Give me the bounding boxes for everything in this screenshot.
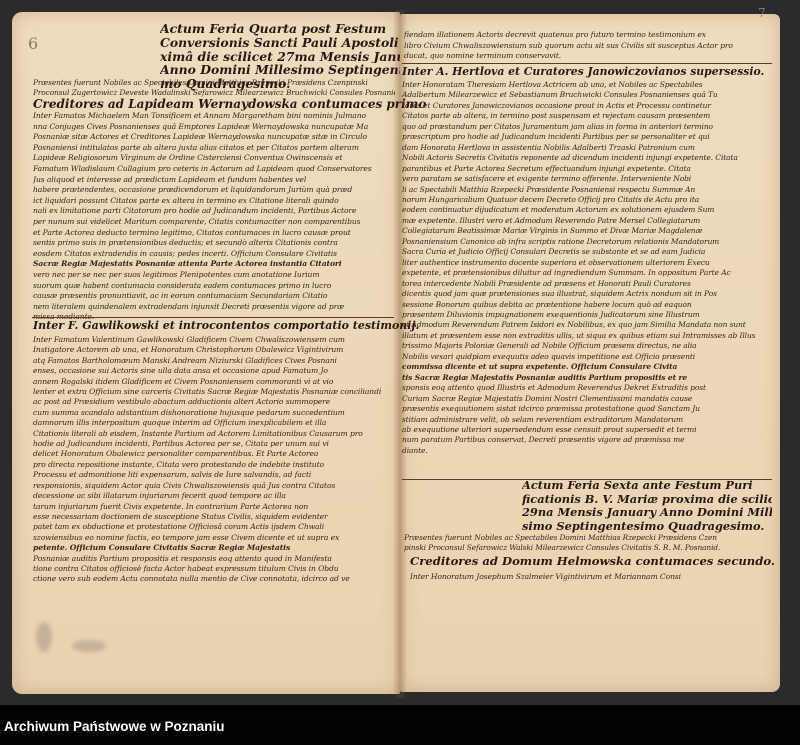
text-line: esse necessariam doctionem de susception… [33,512,395,522]
text-line: tores et Curatores Janowiczovianos occas… [402,101,774,111]
heading-line: ximâ die scilicet 27ma Mensis January [160,50,400,64]
section-divider [32,317,394,318]
text-line: Inter Honoratam Theresiam Hertlova Actri… [402,80,774,90]
text-line: et Parte Actorea deducto termino legitim… [33,228,395,239]
left-case-body-1: Inter Famatos Michaelem Man Tonsificem e… [33,111,395,323]
text-line: ab exequutione ulteriori supersedendum e… [402,425,774,435]
text-line: Collegiatarum Beatissimæ Mariæ Virginis … [402,226,774,236]
text-line: Posnaniæ auditis Partium propositis et r… [33,554,395,564]
text-line: nna Conjuges Cives Posnanienses quâ Empt… [33,122,395,133]
text-line: parantibus et Parte Actorea Secretum eff… [402,164,774,174]
text-line: vero nec per se nec per suos legitimos P… [33,270,395,281]
text-line: num paratum Partibus conservat, Decreti … [402,435,774,445]
left-presentes: Præsentes fuerunt Nobiles ac Spectabiles… [33,78,395,98]
text-line: Famatum Wladislaum Cullagium pro ceteris… [33,164,395,175]
text-line: libro Civium Chwaliszowiensium sub quoru… [404,41,774,52]
text-line: Posnaniensi intitulatos parte ab altera … [33,143,395,154]
text-line: decessione ac sibi illatarum injuriarum … [33,491,395,501]
text-line: Inter Honoratum Josephum Szalmeier Vigin… [410,571,770,582]
text-line: præsentem Diluvionis impugnationem exequ… [402,310,774,320]
text-line: illatum et præsentem esse non extraditis… [402,331,774,341]
text-line: eodem continuatur dijudicatum et moderat… [402,205,774,215]
text-line: præscriptum pro hodie ad Judicandum inci… [402,132,774,142]
text-line: enses, occasione sui Actoris sine ulla d… [33,366,395,376]
text-line: nem literalem quindenalem extradendam in… [33,302,395,313]
text-line: lenter et extra Officium sine carceris C… [33,387,395,397]
text-line: suorum quæ habent contumacia considerata… [33,281,395,292]
text-line: mæ expetente. Illustri vero et Admodum R… [402,216,774,226]
archive-footer: Archiwum Państwowe w Poznaniu [0,705,800,745]
right-top-continuation: fiendam illationem Actoris decrevit quat… [404,30,774,62]
text-line: ducat, quo nomine terminum conservavit. [404,51,774,62]
right-case-body: Inter Honoratam Theresiam Hertlova Actri… [402,80,774,456]
text-line: præsentis exequutionem sistat idcirco pr… [402,404,774,414]
right-case-start: Inter Honoratum Josephum Szalmeier Vigin… [410,571,770,582]
text-line: Adalbertum Milearzewicz et Sebastianum B… [402,90,774,100]
heading-line: simo Septingentesimo Quadragesimo. [522,520,772,534]
heading-line: 29na Mensis January Anno Domini Mille [522,506,772,520]
text-line: Lapideæ Religiosorum Virginum de Ordine … [33,153,395,164]
text-line: fiendam illationem Actoris decrevit quat… [404,30,774,41]
left-sub-heading: Inter F. Gawlikowski et introcontentos c… [33,320,419,332]
text-line: hodie ad Judicandum incidenti, Partibus … [33,439,395,449]
text-line: Citationis literali ab eisdem, Instante … [33,429,395,439]
text-line: Nobili Actoris Secretis Civitatis repone… [402,153,774,163]
text-line: tarum injuriarum fuerit Civis expetente.… [33,502,395,512]
right-creditores-heading: Creditores ad Domum Helmowska contumaces… [410,555,775,567]
text-line: Posnaniæ sitæ Actores et Creditores Lapi… [33,132,395,143]
heading-line: Actum Feria Sexta ante Festum Puri [522,479,772,493]
heading-line: Anno Domini Millesimo Septingentesi [160,63,400,77]
text-line: quo ad præstandum per Citatos Juramentum… [402,122,774,132]
text-line: patet tam ex obductione et protestatione… [33,522,395,532]
text-line: Præsentes fuerunt Nobiles ac Spectabiles… [33,78,395,88]
text-line: Præsentes fuerunt Nobiles ac Spectabiles… [404,533,774,543]
text-line: pro directa repositione instante, Citata… [33,460,395,470]
text-line: Sacra Curia et Judicio Officij Consulari… [402,247,774,257]
text-line: Posnaniensium Canonico ab infra scriptis… [402,237,774,247]
text-line: li ac Spectabili Matthia Rzepecki Præsid… [402,185,774,195]
right-page-number: 7 [758,6,766,20]
text-line: annem Rogalski itidem Gladificem et Cive… [33,377,395,387]
text-line: eosdem Citatos extradendis in causis; pe… [33,249,395,260]
right-heading: Actum Feria Sexta ante Festum Puri ficat… [522,479,772,533]
text-line: atq Famatos Bartholomæum Manski Andream … [33,356,395,366]
left-creditores-heading: Creditores ad Lapideam Wernaydowska cont… [33,98,426,110]
text-line: damnorum illis interpositum quoque inter… [33,418,395,428]
text-line: ac post ad Præsidium vestibulo abactum a… [33,397,395,407]
left-case-body-2: Inter Famatum Valentinum Gawlikowski Gla… [33,335,395,585]
right-sub-heading: Inter A. Hertlova et Curatores Janowiczo… [402,66,764,78]
text-line: Citatos parte ab altera, in termino post… [402,111,774,121]
ink-stain [36,622,52,652]
text-line: ict liquidari possunt Citatos parte ex a… [33,196,395,207]
text-line: ctione vero sub eodem Actu connotata nul… [33,574,395,584]
text-line: diante. [402,446,774,456]
text-line: norum Hungaricalium Quatuor decem Decret… [402,195,774,205]
text-line: tis Sacræ Regiæ Majestatis Posnaniæ audi… [402,373,774,383]
text-line: habere prætendentes, occasione prædicend… [33,185,395,196]
text-line: causæ præsentis pronuntiavit, ac in eoru… [33,291,395,302]
text-line: vero paratam se satisfacere et exigente … [402,174,774,184]
archive-name: Archiwum Państwowe w Poznaniu [4,719,225,734]
text-line: sentis primo suis in prætensionibus dedu… [33,238,395,249]
text-line: cum summa scandalo adstantium dishonorat… [33,408,395,418]
text-line: tione contra Citatos officiosè facta Act… [33,564,395,574]
heading-line: ficationis B. V. Mariæ proxima die scili… [522,493,772,507]
text-line: sessione Bonorum quibus debita ac præten… [402,300,774,310]
text-line: et Admodum Reverendum Patrem Isidori ex … [402,320,774,330]
section-divider [402,63,772,64]
text-line: torea intercedente Nobili Præsidente ad … [402,279,774,289]
text-line: dicentis quod jam quæ prætensiones sua i… [402,289,774,299]
text-line: expetente, et prætensionibus diluitur ad… [402,268,774,278]
text-line: stitiam administrare velit, ob selam rev… [402,415,774,425]
text-line: Sacræ Regiæ Majestatis Posnaniæ attenta … [33,259,395,270]
text-line: Instigatore Actorem ab una, et Honoratum… [33,345,395,355]
text-line: petente. Officium Consulare Civitatis Sa… [33,543,395,553]
text-line: per nunum sui videlicet Maritum comparen… [33,217,395,228]
text-line: Inter Famatum Valentinum Gawlikowski Gla… [33,335,395,345]
ink-stain [72,640,106,652]
text-line: dam Honorata Hertlova in assistentia Nob… [402,143,774,153]
text-line: szowiensibus eo nomine factis, eo tempor… [33,533,395,543]
text-line: nali ex limitatione parti Citatorum pro … [33,206,395,217]
text-line: responsionis, siquidem Actor quia Civis … [33,481,395,491]
heading-line: Actum Feria Quarta post Festum [160,22,400,36]
text-line: trissimo Majoris Poloniæ Generali ad Nob… [402,341,774,351]
text-line: liter authentice instrumento docente sup… [402,258,774,268]
heading-line: Conversionis Sancti Pauli Apostoli pro [160,36,400,50]
right-presentes: Præsentes fuerunt Nobiles ac Spectabiles… [404,533,774,553]
text-line: pinski Proconsul Sefarowicz Walski Milea… [404,543,774,553]
text-line: Jus aliquod et interesse ad prædictam La… [33,175,395,186]
text-line: commissa dicente et ut supra expetente. … [402,362,774,372]
text-line: sponsis eoq attento quod Illustris et Ad… [402,383,774,393]
text-line: Curiam Sacræ Regiæ Majestatis Domini Nos… [402,394,774,404]
text-line: Nobilis vexari quidpiam exequutis adeo q… [402,352,774,362]
text-line: Processu et admonitione liti expensarum,… [33,470,395,480]
text-line: Inter Famatos Michaelem Man Tonsificem e… [33,111,395,122]
text-line: delicet Honoratum Obalewicz personaliter… [33,449,395,459]
left-page-number: 6 [28,34,38,53]
